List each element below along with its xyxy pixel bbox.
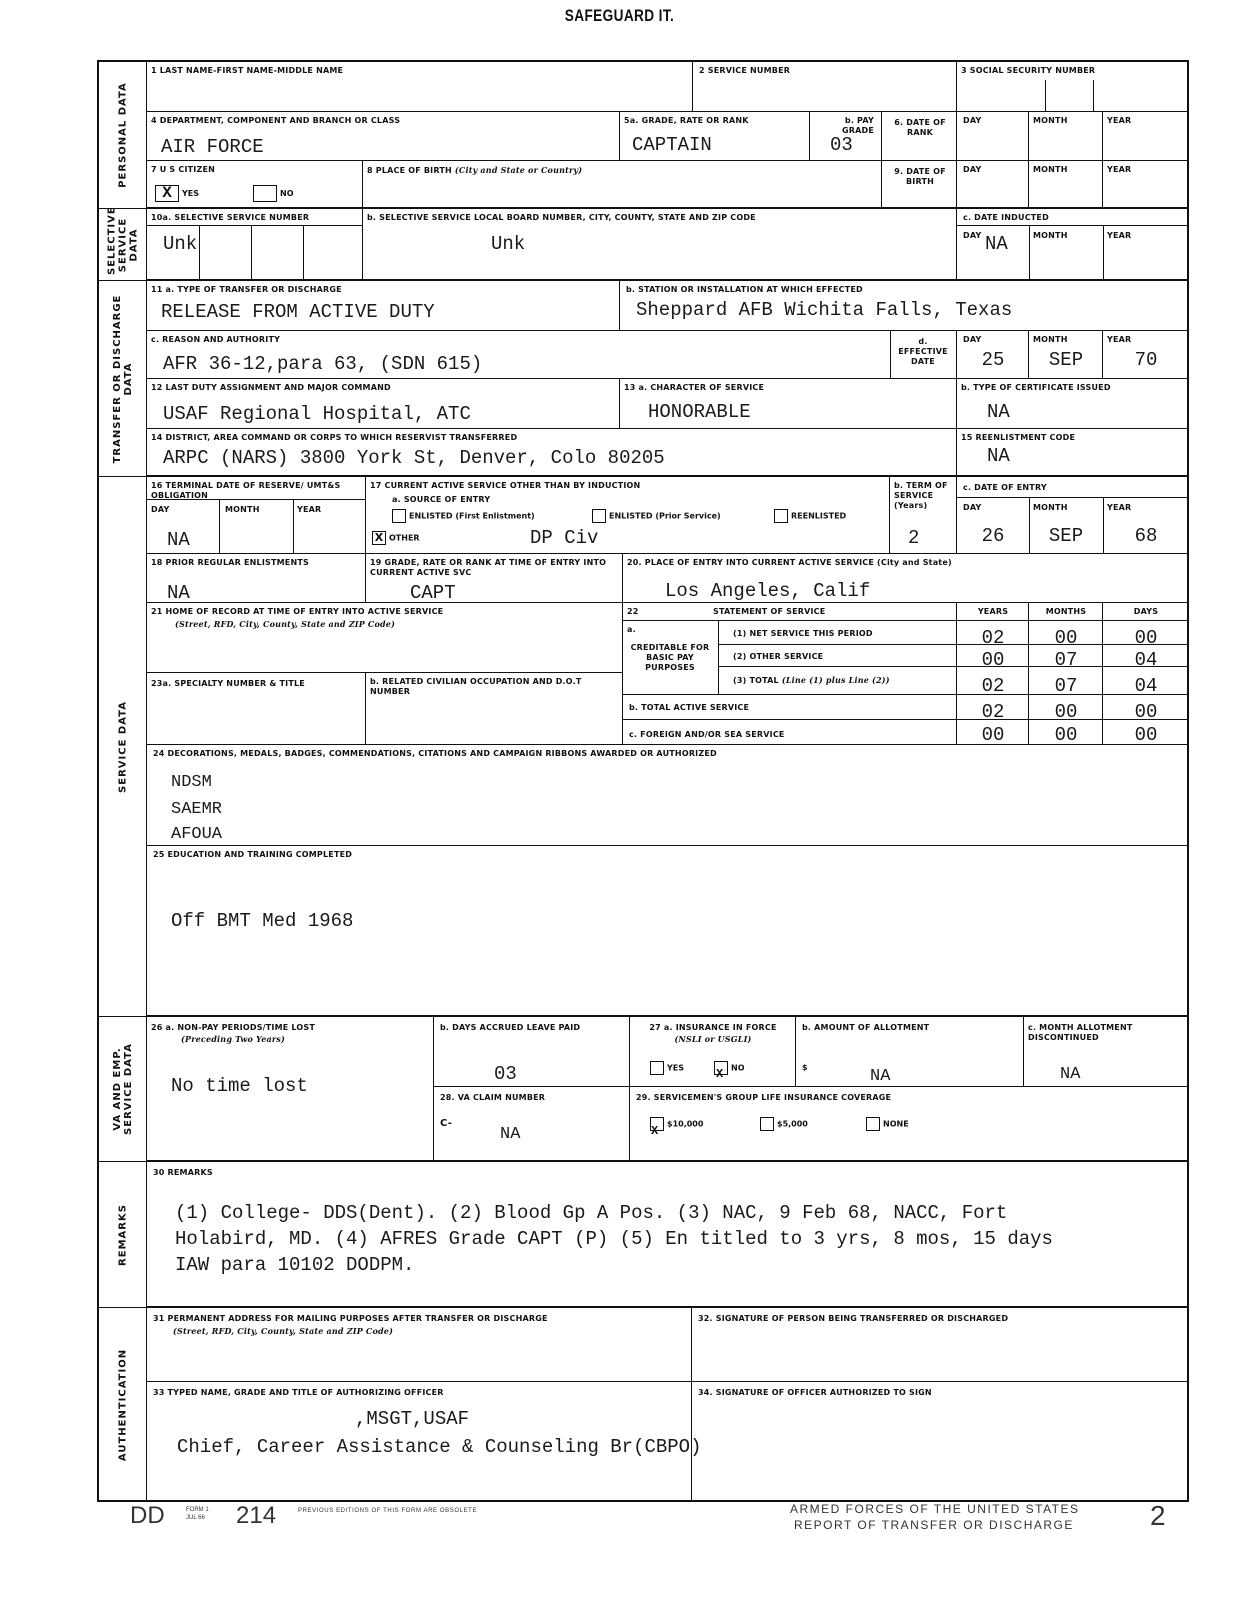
field-25-education[interactable]: 25 EDUCATION AND TRAINING COMPLETED Off … [147,846,1189,1017]
field-30-remarks[interactable]: 30 REMARKS (1) College- DDS(Dent). (2) B… [147,1162,1189,1308]
sgli-10000-checkbox[interactable]: X$10,000 [650,1117,703,1132]
field-26a-non-pay-periods[interactable]: 26 a. NON-PAY PERIODS/TIME LOST (Precedi… [147,1017,434,1162]
field-18-prior-enlistments[interactable]: 18 PRIOR REGULAR ENLISTMENTS NA [147,554,366,603]
section-selective-service: SELECTIVE SERVICE DATA [99,209,147,281]
col-years: YEARS [957,603,1029,621]
section-va-emp: VA AND EMP. SERVICE DATA [99,1017,147,1162]
section-authentication: AUTHENTICATION [99,1308,147,1502]
field-15-reenlistment[interactable]: 15 REENLISTMENT CODE NA [957,429,1189,477]
field-4-department[interactable]: 4 DEPARTMENT, COMPONENT AND BRANCH OR CL… [147,112,620,161]
field-11b-station[interactable]: b. STATION OR INSTALLATION AT WHICH EFFE… [620,281,1189,331]
field-32-signature-member[interactable]: 32. SIGNATURE OF PERSON BEING TRANSFERRE… [692,1308,1189,1382]
field-23a-specialty[interactable]: 23a. SPECIALTY NUMBER & TITLE [147,673,366,745]
field-6-day[interactable]: DAY [957,112,1029,161]
field-27b-allotment-amount[interactable]: b. AMOUNT OF ALLOTMENT $ NA [796,1017,1024,1087]
form-small-label: FORM 1 JUL 66 [186,1506,216,1522]
field-28-va-claim[interactable]: 28. VA CLAIM NUMBER C- NA [434,1087,630,1162]
field-27a-insurance: 27 a. INSURANCE IN FORCE (NSLI or USGLI)… [630,1017,796,1087]
section-remarks: REMARKS [99,1162,147,1308]
field-34-signature-officer[interactable]: 34. SIGNATURE OF OFFICER AUTHORIZED TO S… [692,1382,1189,1502]
field-20-place-of-entry[interactable]: 20. PLACE OF ENTRY INTO CURRENT ACTIVE S… [623,554,1189,603]
field-12-last-duty[interactable]: 12 LAST DUTY ASSIGNMENT AND MAJOR COMMAN… [147,379,620,429]
field-26b-accrued-leave[interactable]: b. DAYS ACCRUED LEAVE PAID 03 [434,1017,630,1087]
field-2-service-number[interactable]: 2 SERVICE NUMBER [693,62,957,112]
field-10c-date-inducted[interactable]: c. DATE INDUCTED DAY NA MONTH YEAR [957,209,1189,281]
source-reenlisted-checkbox[interactable]: REENLISTED [774,509,846,524]
sgli-none-checkbox[interactable]: NONE [866,1117,909,1132]
dd214-form: PERSONAL DATA SELECTIVE SERVICE DATA TRA… [97,60,1189,1502]
safeguard-stamp: SAFEGUARD IT. [124,6,1115,26]
field-13b-certificate[interactable]: b. TYPE OF CERTIFICATE ISSUED NA [957,379,1189,429]
field-9-date-of-birth[interactable]: 9. DATE OF BIRTH [882,161,957,209]
source-enlisted-prior-checkbox[interactable]: ENLISTED (Prior Service) [592,509,721,524]
row-22c: c. FOREIGN AND/OR SEA SERVICE [623,720,957,745]
form-dd: DD [130,1502,165,1530]
field-3-ssn[interactable]: 3 SOCIAL SECURITY NUMBER [957,62,1189,112]
field-10a-selective-number[interactable]: 10a. SELECTIVE SERVICE NUMBER Unk [147,209,363,281]
field-17c-date-of-entry[interactable]: c. DATE OF ENTRY DAY MONTH YEAR 26 SEP 6… [957,477,1189,554]
citizen-yes-checkbox[interactable]: XYES [155,185,199,202]
field-8-place-of-birth[interactable]: 8 PLACE OF BIRTH (City and State or Coun… [363,161,882,209]
field-19-grade-at-entry[interactable]: 19 GRADE, RATE OR RANK AT TIME OF ENTRY … [366,554,623,603]
section-personal-data: PERSONAL DATA [99,62,147,209]
field-16-terminal-date[interactable]: 16 TERMINAL DATE OF RESERVE/ UMT&S OBLIG… [147,477,366,554]
field-23b-civilian-occupation[interactable]: b. RELATED CIVILIAN OCCUPATION AND D.O.T… [366,673,623,745]
field-13a-character[interactable]: 13 a. CHARACTER OF SERVICE HONORABLE [620,379,957,429]
field-31-permanent-address[interactable]: 31 PERMANENT ADDRESS FOR MAILING PURPOSE… [147,1308,692,1382]
field-6-date-of-rank[interactable]: 6. DATE OF RANK [882,112,957,161]
field-9-month[interactable]: MONTH [1029,161,1103,209]
field-11d-day[interactable]: DAY25 [957,331,1029,379]
field-7-citizen: 7 U S CITIZEN XYES NO [147,161,363,209]
field-10b-local-board[interactable]: b. SELECTIVE SERVICE LOCAL BOARD NUMBER,… [363,209,957,281]
citizen-no-checkbox[interactable]: NO [253,185,294,202]
form-number: 214 [236,1502,276,1530]
field-11a-type-of-transfer[interactable]: 11 a. TYPE OF TRANSFER OR DISCHARGE RELE… [147,281,620,331]
page-number: 2 [1150,1500,1166,1532]
field-5b-pay-grade[interactable]: b. PAY GRADE 03 [810,112,882,161]
obsolete-notice: PREVIOUS EDITIONS OF THIS FORM ARE OBSOL… [298,1508,477,1514]
field-11d-effective-date: d. EFFECTIVE DATE [891,331,957,379]
field-24-decorations[interactable]: 24 DECORATIONS, MEDALS, BADGES, COMMENDA… [147,745,1189,846]
field-17b-term[interactable]: b. TERM OF SERVICE (Years) 2 [890,477,957,554]
field-5a-grade[interactable]: 5a. GRADE, RATE OR RANK CAPTAIN [620,112,810,161]
field-22a-creditable: a. CREDITABLE FOR BASIC PAY PURPOSES [623,621,719,695]
field-1-name[interactable]: 1 LAST NAME-FIRST NAME-MIDDLE NAME [147,62,693,112]
field-11c-reason-authority[interactable]: c. REASON AND AUTHORITY AFR 36-12,para 6… [147,331,891,379]
form-title-line2: REPORT OF TRANSFER OR DISCHARGE [794,1518,1074,1532]
col-days: DAYS [1103,603,1189,621]
source-enlisted-first-checkbox[interactable]: ENLISTED (First Enlistment) [392,509,535,524]
insurance-no-checkbox[interactable]: XNO [714,1061,745,1076]
field-21-home-of-record[interactable]: 21 HOME OF RECORD AT TIME OF ENTRY INTO … [147,603,623,673]
col-months: MONTHS [1029,603,1103,621]
field-27c-allotment-discontinued[interactable]: c. MONTH ALLOTMENT DISCONTINUED NA [1024,1017,1189,1087]
row-22a2: (2) OTHER SERVICE [719,645,957,667]
field-11d-year[interactable]: YEAR70 [1103,331,1189,379]
section-transfer-discharge: TRANSFER OR DISCHARGE DATA [99,281,147,477]
field-9-year[interactable]: YEAR [1103,161,1189,209]
form-title-line1: ARMED FORCES OF THE UNITED STATES [790,1502,1080,1516]
insurance-yes-checkbox[interactable]: YES [650,1061,684,1076]
field-9-day[interactable]: DAY [957,161,1029,209]
field-6-month[interactable]: MONTH [1029,112,1103,161]
sgli-5000-checkbox[interactable]: $5,000 [760,1117,808,1132]
field-33-authorizing-officer[interactable]: 33 TYPED NAME, GRADE AND TITLE OF AUTHOR… [147,1382,692,1502]
row-22b: b. TOTAL ACTIVE SERVICE [623,695,957,720]
field-17-current-active-service: 17 CURRENT ACTIVE SERVICE OTHER THAN BY … [366,477,890,554]
field-22-header: 22STATEMENT OF SERVICE [623,603,957,621]
source-other-checkbox[interactable]: XOTHER [372,531,420,546]
field-6-year[interactable]: YEAR [1103,112,1189,161]
row-22a1: (1) NET SERVICE THIS PERIOD [719,621,957,645]
field-11d-month[interactable]: MONTHSEP [1029,331,1103,379]
section-service-data: SERVICE DATA [99,477,147,1017]
field-14-district[interactable]: 14 DISTRICT, AREA COMMAND OR CORPS TO WH… [147,429,957,477]
field-29-sgli: 29. SERVICEMEN'S GROUP LIFE INSURANCE CO… [630,1087,1189,1162]
row-22a3: (3) TOTAL (Line (1) plus Line (2)) [719,667,957,695]
